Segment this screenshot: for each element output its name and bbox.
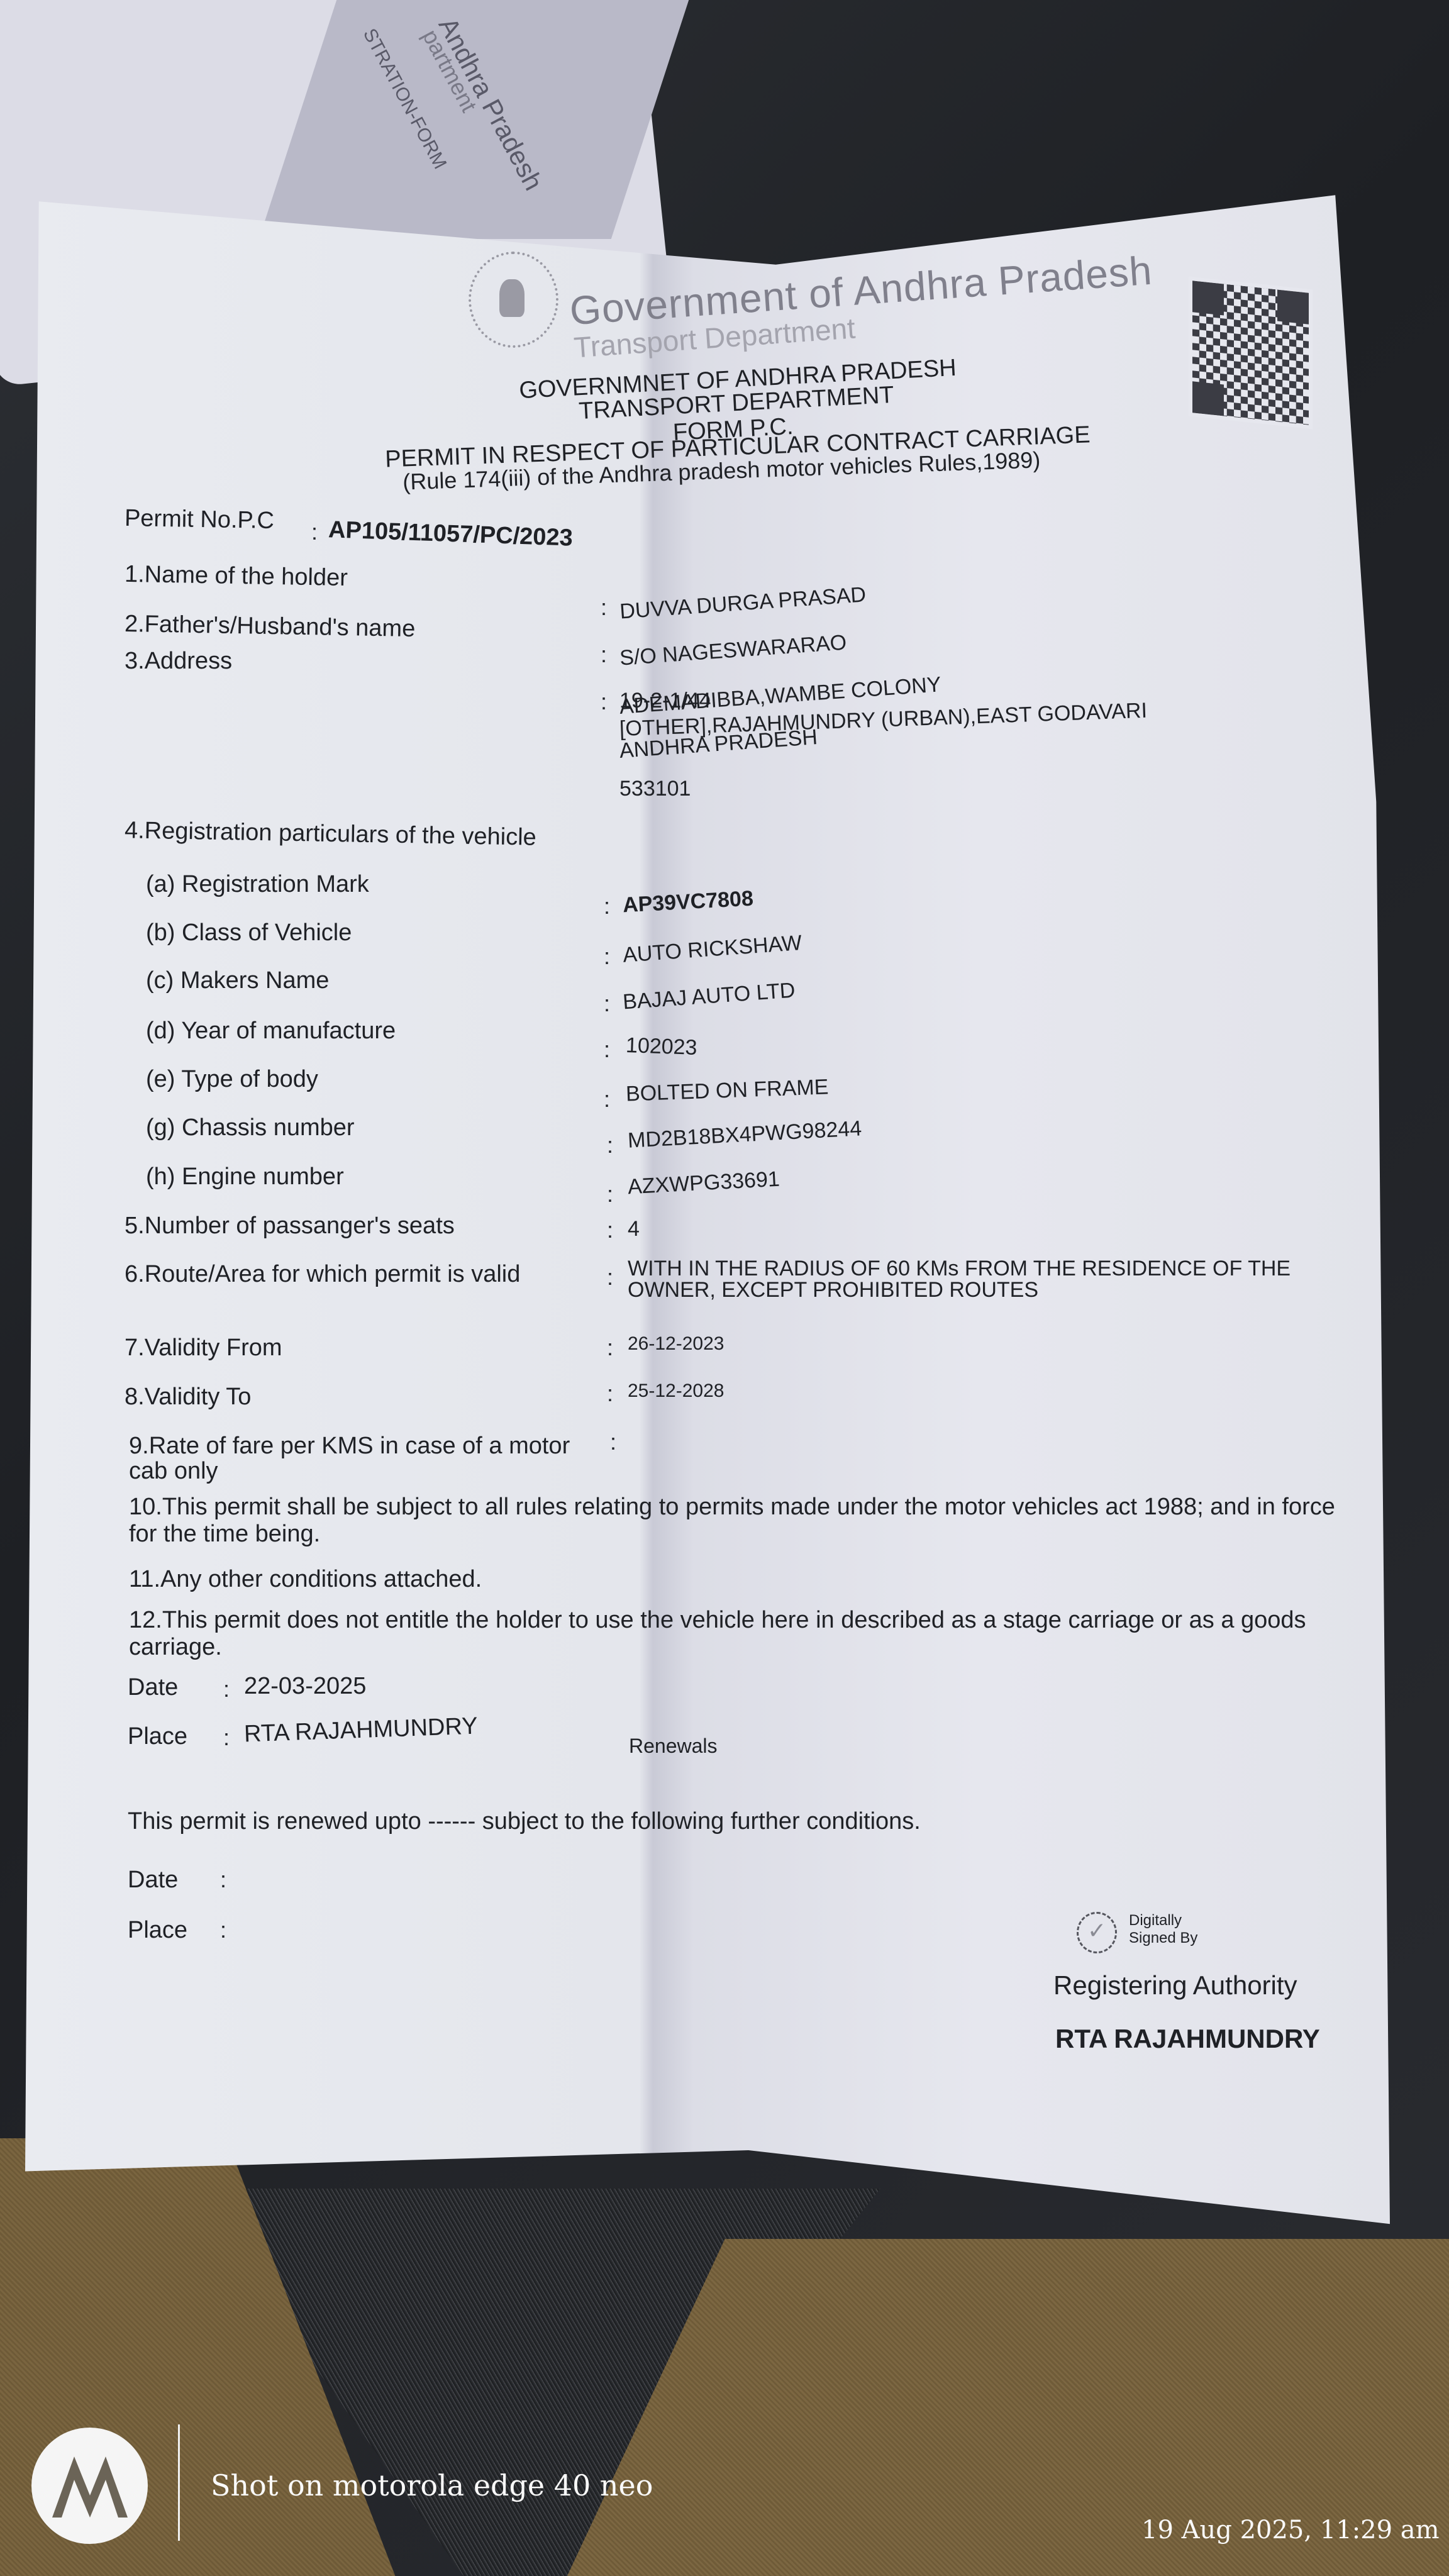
vehicle-class-value: AUTO RICKSHAW <box>622 931 802 968</box>
validity-to-label: 8.Validity To <box>125 1384 251 1411</box>
registration-mark-label: (a) Registration Mark <box>146 871 369 898</box>
issue-date-label: Date <box>128 1674 178 1701</box>
registering-authority: Registering Authority <box>1053 1970 1297 2001</box>
body-type-value: BOLTED ON FRAME <box>625 1075 829 1106</box>
holder-name-value: DUVVA DURGA PRASAD <box>619 582 867 624</box>
address-line-5: 533101 <box>619 777 691 801</box>
colon: : <box>604 1036 610 1063</box>
chassis-number-value: MD2B18BX4PWG98244 <box>627 1116 862 1153</box>
colon: : <box>601 641 607 668</box>
colon: : <box>220 1917 226 1943</box>
motorola-logo-icon <box>31 2428 148 2544</box>
makers-name-label: (c) Makers Name <box>146 967 329 994</box>
registration-mark-value: AP39VC7808 <box>622 887 754 918</box>
digitally-label: Digitally <box>1129 1912 1182 1929</box>
seats-value: 4 <box>628 1217 640 1241</box>
issue-place-value: RTA RAJAHMUNDRY <box>243 1713 478 1748</box>
colon: : <box>607 1335 613 1361</box>
chassis-number-label: (g) Chassis number <box>146 1114 355 1141</box>
renewal-text: This permit is renewed upto ------ subje… <box>128 1808 921 1835</box>
colon: : <box>607 1380 613 1407</box>
condition-12: 12.This permit does not entitle the hold… <box>129 1607 1306 1634</box>
issue-date-value: 22-03-2025 <box>244 1673 366 1700</box>
validity-from-label: 7.Validity From <box>125 1335 282 1362</box>
renewals-heading: Renewals <box>629 1735 718 1758</box>
validity-to-value: 25-12-2028 <box>628 1380 724 1402</box>
seats-label: 5.Number of passanger's seats <box>125 1213 455 1240</box>
qr-code-icon <box>1189 277 1313 430</box>
vehicle-class-label: (b) Class of Vehicle <box>146 919 352 947</box>
condition-10: 10.This permit shall be subject to all r… <box>129 1494 1335 1521</box>
colon: : <box>223 1676 230 1702</box>
validity-from-value: 26-12-2023 <box>628 1333 724 1355</box>
colon: : <box>610 1429 616 1455</box>
signed-by-label: Signed By <box>1129 1929 1197 1947</box>
route-label: 6.Route/Area for which permit is valid <box>125 1261 520 1288</box>
colon: : <box>604 893 610 919</box>
condition-11: 11.Any other conditions attached. <box>129 1566 482 1593</box>
permit-number-label: Permit No.P.C <box>125 505 275 535</box>
colon: : <box>604 991 610 1017</box>
colon: : <box>220 1867 226 1893</box>
colon: : <box>607 1217 613 1243</box>
colon: : <box>604 943 610 970</box>
permit-number-value: AP105/11057/PC/2023 <box>328 516 573 552</box>
renewal-date-label: Date <box>128 1867 178 1894</box>
colon: : <box>601 594 607 621</box>
colon: : <box>607 1264 613 1291</box>
holder-name-label: 1.Name of the holder <box>125 561 348 592</box>
father-name-label: 2.Father's/Husband's name <box>125 611 416 643</box>
engine-number-value: AZXWPG33691 <box>627 1167 780 1200</box>
vehicle-section-label: 4.Registration particulars of the vehicl… <box>125 817 536 851</box>
colon: : <box>311 519 318 545</box>
fare-label: 9.Rate of fare per KMS in case of a moto… <box>129 1433 570 1460</box>
state-emblem-icon <box>469 252 558 348</box>
route-value-line-2: OWNER, EXCEPT PROHIBITED ROUTES <box>628 1278 1038 1302</box>
year-of-manufacture-value: 102023 <box>625 1033 697 1060</box>
photo-timestamp: 19 Aug 2025, 11:29 am <box>1141 2516 1440 2545</box>
digital-signature-check-icon <box>1077 1912 1117 1953</box>
colon: : <box>604 1086 610 1113</box>
colon: : <box>223 1724 230 1751</box>
colon: : <box>601 689 607 715</box>
condition-10-cont: for the time being. <box>129 1521 320 1548</box>
father-name-value: S/O NAGESWARARAO <box>619 630 847 670</box>
issue-place-label: Place <box>128 1723 187 1750</box>
government-title: Government of Andhra Pradesh <box>569 247 1154 335</box>
engine-number-label: (h) Engine number <box>146 1163 344 1191</box>
body-type-label: (e) Type of body <box>146 1066 318 1093</box>
watermark-divider <box>178 2424 180 2541</box>
shot-on-text: Shot on motorola edge 40 neo <box>211 2468 653 2502</box>
address-label: 3.Address <box>125 648 232 675</box>
colon: : <box>607 1132 613 1158</box>
colon: : <box>607 1181 613 1207</box>
makers-name-value: BAJAJ AUTO LTD <box>622 978 796 1014</box>
condition-12-cont: carriage. <box>129 1634 222 1661</box>
permit-content: Government of Andhra Pradesh Transport D… <box>0 0 1449 2576</box>
fare-label-cont: cab only <box>129 1458 218 1485</box>
year-of-manufacture-label: (d) Year of manufacture <box>146 1018 396 1045</box>
renewal-place-label: Place <box>128 1917 187 1944</box>
authority-office: RTA RAJAHMUNDRY <box>1055 2024 1320 2054</box>
